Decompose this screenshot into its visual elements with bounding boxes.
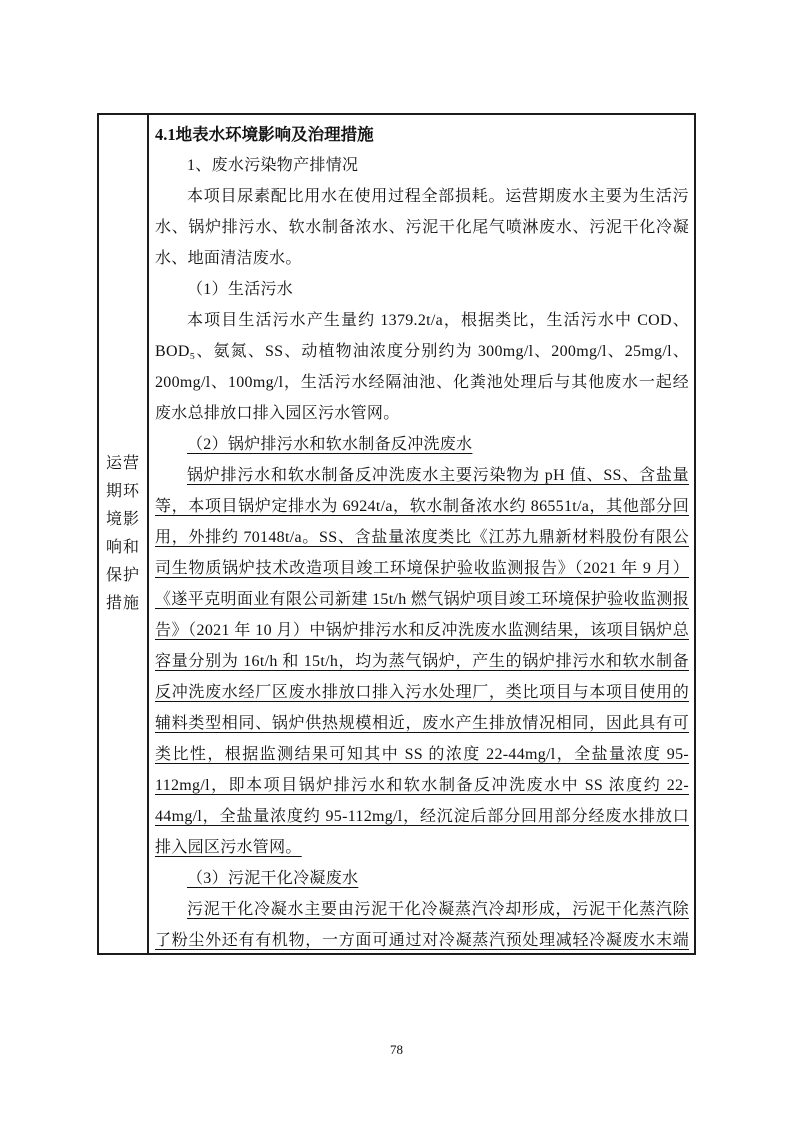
document-page: 运营期环境影响和保护措施 4.1地表水环境影响及治理措施1、废水污染物产排情况本…: [0, 0, 793, 1122]
paragraph: 本项目尿素配比用水在使用过程全部损耗。运营期废水主要为生活污水、锅炉排污水、软水…: [155, 181, 689, 274]
paragraph: （2）锅炉排污水和软水制备反冲洗废水: [155, 429, 689, 460]
paragraph: 锅炉排污水和软水制备反冲洗废水主要污染物为 pH 值、SS、含盐量等，本项目锅炉…: [155, 460, 689, 863]
paragraph: （3）污泥干化冷凝废水: [155, 863, 689, 894]
section-heading: 4.1地表水环境影响及治理措施: [155, 119, 689, 150]
paragraph: （1）生活污水: [155, 274, 689, 305]
paragraph: 污泥干化冷凝水主要由污泥干化冷凝蒸汽冷却形成，污泥干化蒸汽除了粉尘外还有有机物，…: [155, 894, 689, 953]
paragraph: 1、废水污染物产排情况: [155, 150, 689, 181]
report-table: 运营期环境影响和保护措施 4.1地表水环境影响及治理措施1、废水污染物产排情况本…: [97, 113, 696, 955]
paragraph: 本项目生活污水产生量约 1379.2t/a，根据类比，生活污水中 COD、BOD…: [155, 305, 689, 429]
page-number: 78: [0, 1042, 793, 1058]
row-label: 运营期环境影响和保护措施: [105, 450, 141, 618]
table-row-label-cell: 运营期环境影响和保护措施: [99, 115, 149, 953]
content-paragraphs: 4.1地表水环境影响及治理措施1、废水污染物产排情况本项目尿素配比用水在使用过程…: [149, 115, 694, 953]
